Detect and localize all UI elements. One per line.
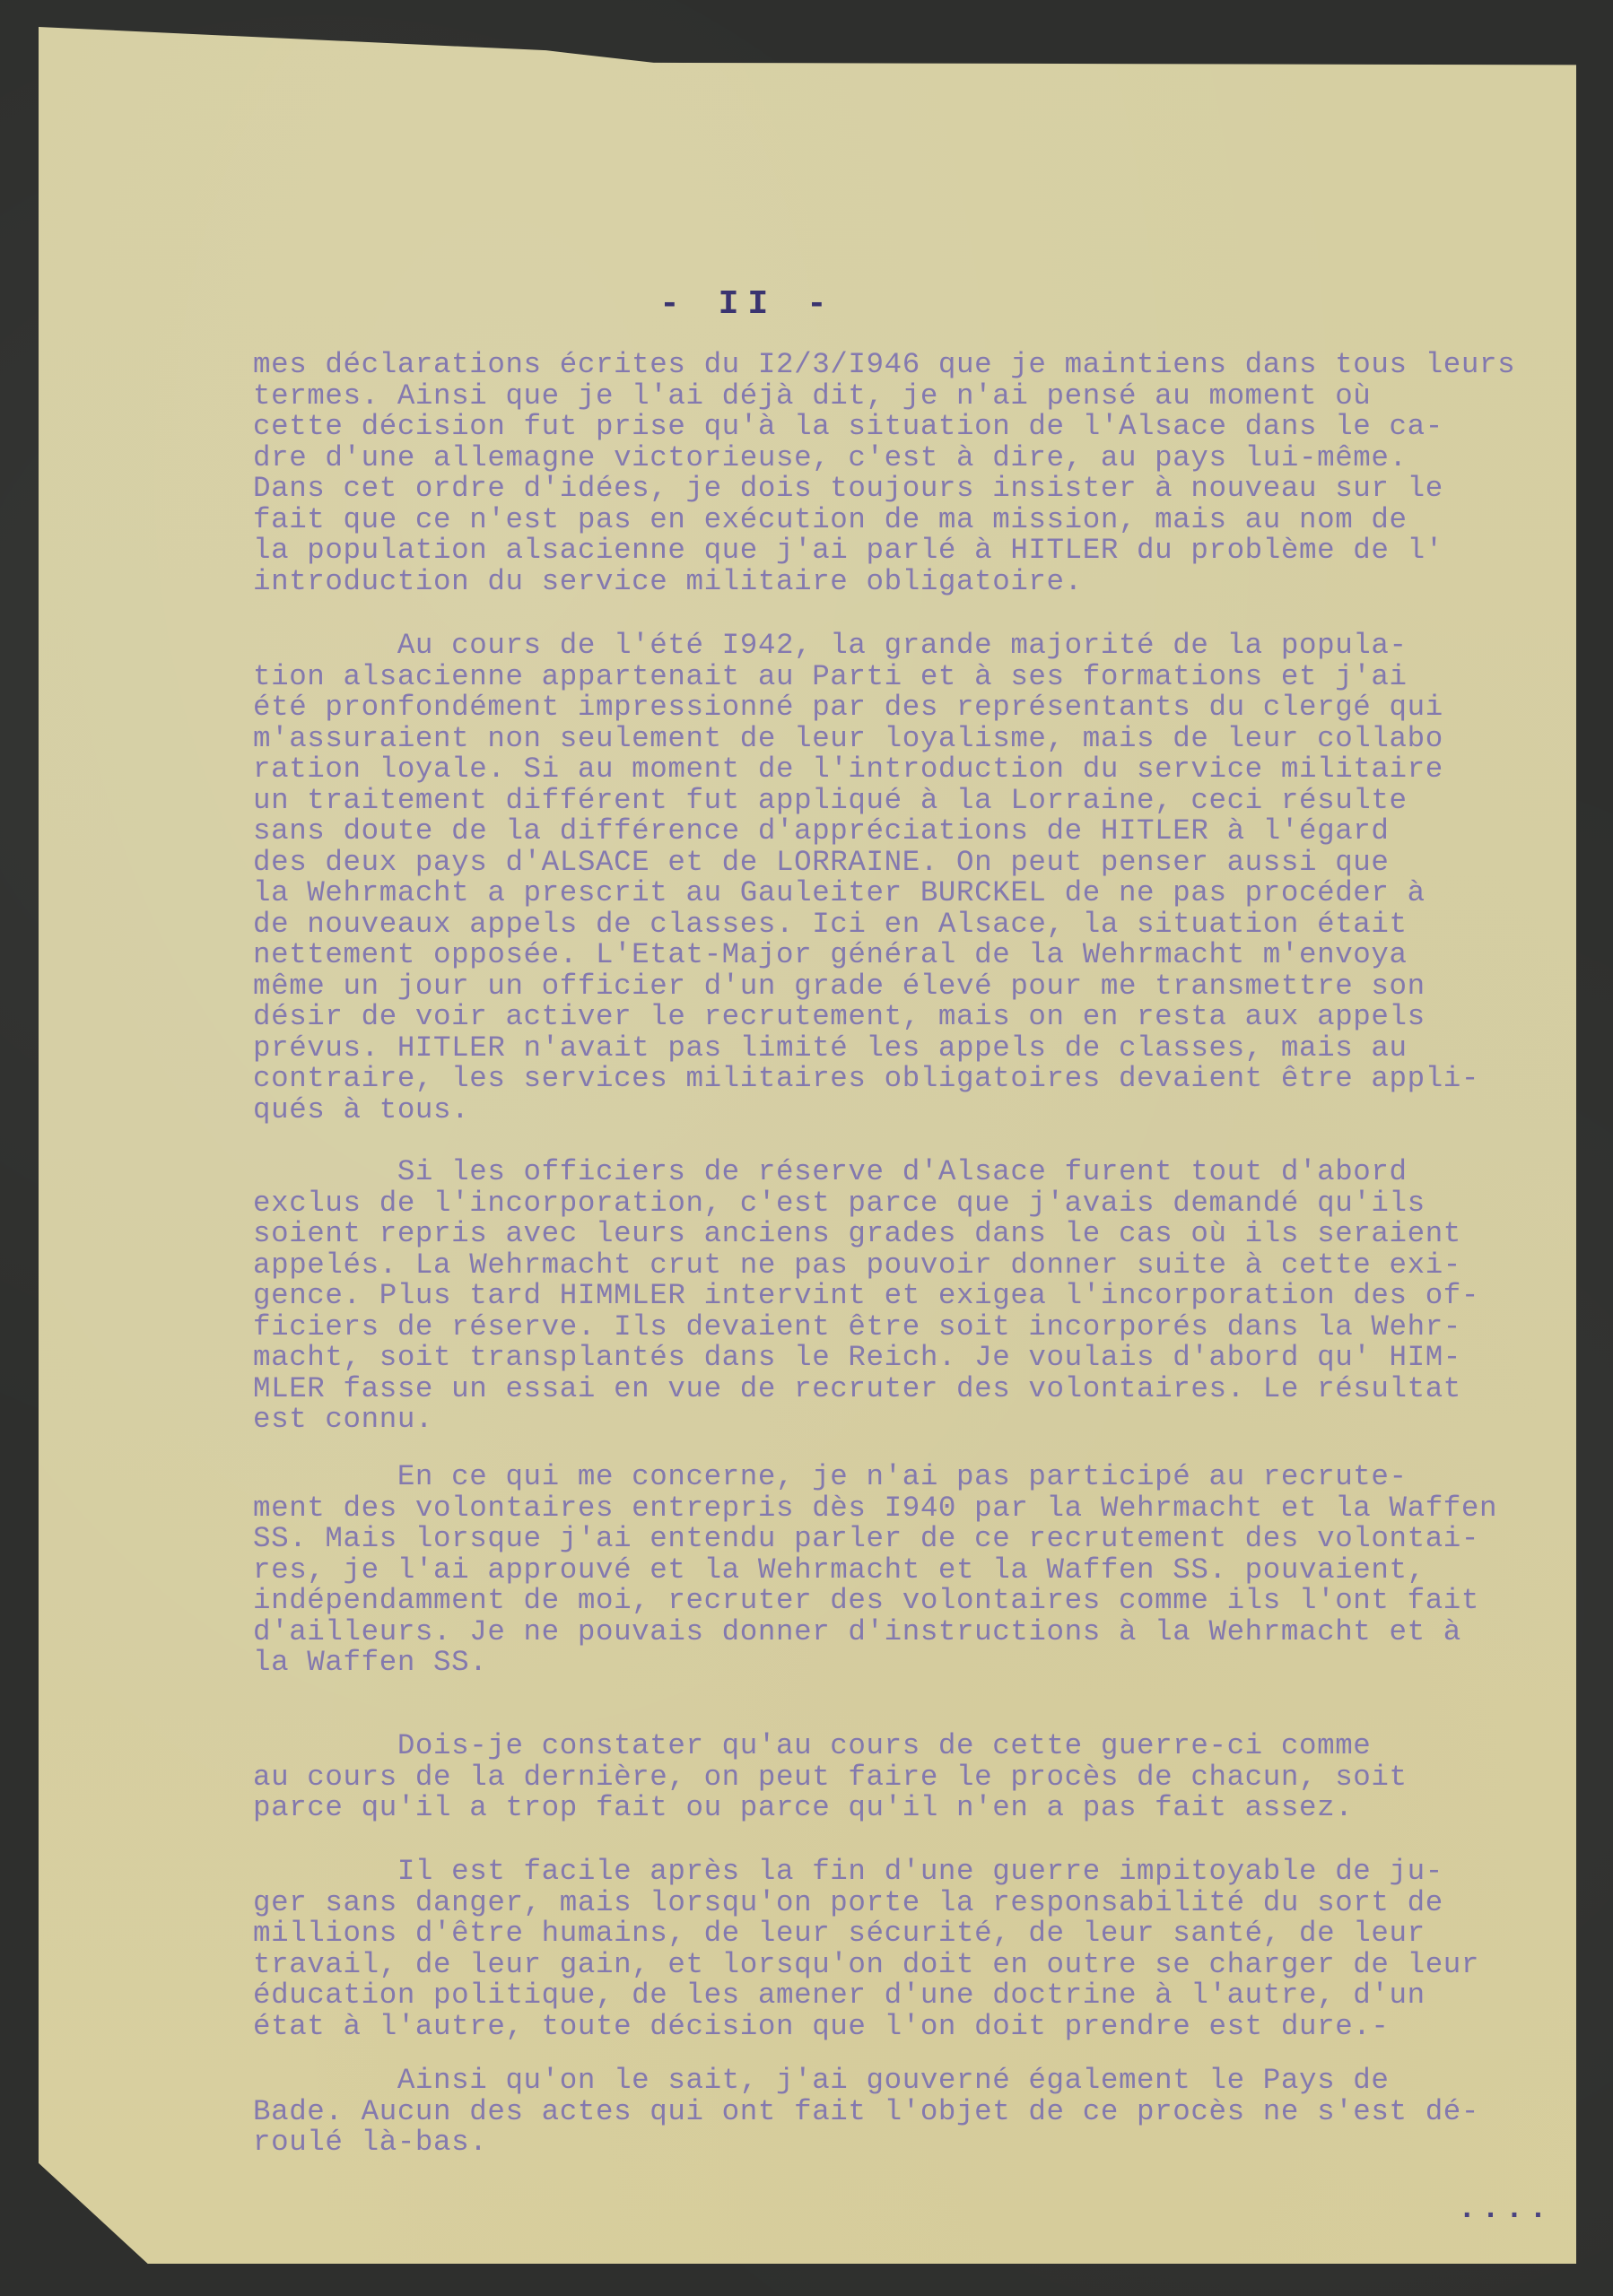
text-line: travail, de leur gain, et lorsqu'on doit… [253,1950,1563,1981]
text-line: MLER fasse un essai en vue de recruter d… [253,1374,1563,1405]
text-line: soient repris avec leurs anciens grades … [253,1219,1563,1250]
text-line: mes déclarations écrites du I2/3/I946 qu… [253,350,1563,381]
paragraph-p4: Dois-je constater qu'au cours de cette g… [253,1731,1563,1824]
text-line: été pronfondément impressionné par des r… [253,692,1563,724]
text-line: Dois-je constater qu'au cours de cette g… [253,1731,1563,1762]
paragraph-p5: Il est facile après la fin d'une guerre … [253,1857,1563,2042]
text-line: ment des volontaires entrepris dès I940 … [253,1493,1563,1525]
text-line: qués à tous. [253,1095,1563,1126]
text-line: termes. Ainsi que je l'ai déjà dit, je n… [253,381,1563,413]
text-line: En ce qui me concerne, je n'ai pas parti… [253,1462,1563,1493]
paragraph-p1: Au cours de l'été I942, la grande majori… [253,631,1563,1126]
text-line: ration loyale. Si au moment de l'introdu… [253,754,1563,786]
text-line: tion alsacienne appartenait au Parti et … [253,662,1563,693]
continuation-marker: .... [1458,2193,1553,2227]
text-line: exclus de l'incorporation, c'est parce q… [253,1188,1563,1220]
text-line: la population alsacienne que j'ai parlé … [253,535,1563,567]
paragraph-p6: Ainsi qu'on le sait, j'ai gouverné égale… [253,2066,1563,2159]
paragraph-p2: Si les officiers de réserve d'Alsace fur… [253,1157,1563,1436]
text-line: res, je l'ai approuvé et la Wehrmacht et… [253,1555,1563,1587]
text-line: un traitement différent fut appliqué à l… [253,786,1563,817]
text-line: ger sans danger, mais lorsqu'on porte la… [253,1888,1563,1919]
text-line: Dans cet ordre d'idées, je dois toujours… [253,474,1563,505]
text-line: sans doute de la différence d'appréciati… [253,816,1563,848]
text-line: appelés. La Wehrmacht crut ne pas pouvoi… [253,1250,1563,1282]
text-line: roulé là-bas. [253,2127,1563,2159]
text-line: macht, soit transplantés dans le Reich. … [253,1343,1563,1374]
text-line: même un jour un officier d'un grade élev… [253,971,1563,1003]
text-line: ficiers de réserve. Ils devaient être so… [253,1312,1563,1344]
text-line: contraire, les services militaires oblig… [253,1064,1563,1095]
text-line: fait que ce n'est pas en exécution de ma… [253,505,1563,536]
text-line: gence. Plus tard HIMMLER intervint et ex… [253,1281,1563,1312]
text-line: est connu. [253,1405,1563,1436]
text-line: état à l'autre, toute décision que l'on … [253,2012,1563,2043]
text-line: Il est facile après la fin d'une guerre … [253,1857,1563,1888]
text-line: désir de voir activer le recrutement, ma… [253,1002,1563,1033]
text-line: indépendamment de moi, recruter des volo… [253,1586,1563,1617]
text-line: au cours de la dernière, on peut faire l… [253,1762,1563,1794]
text-line: Si les officiers de réserve d'Alsace fur… [253,1157,1563,1188]
paragraph-p0: mes déclarations écrites du I2/3/I946 qu… [253,350,1563,597]
text-line: des deux pays d'ALSACE et de LORRAINE. O… [253,848,1563,879]
text-line: millions d'être humains, de leur sécurit… [253,1918,1563,1950]
text-line: m'assuraient non seulement de leur loyal… [253,724,1563,755]
text-line: la Waffen SS. [253,1648,1563,1679]
text-line: Bade. Aucun des actes qui ont fait l'obj… [253,2097,1563,2128]
text-line: introduction du service militaire obliga… [253,567,1563,598]
text-line: parce qu'il a trop fait ou parce qu'il n… [253,1793,1563,1824]
text-line: dre d'une allemagne victorieuse, c'est à… [253,443,1563,474]
paragraph-p3: En ce qui me concerne, je n'ai pas parti… [253,1462,1563,1679]
text-line: cette décision fut prise qu'à la situati… [253,412,1563,443]
text-line: SS. Mais lorsque j'ai entendu parler de … [253,1524,1563,1555]
text-line: prévus. HITLER n'avait pas limité les ap… [253,1033,1563,1065]
text-line: d'ailleurs. Je ne pouvais donner d'instr… [253,1617,1563,1648]
page-number: - II - [659,285,836,324]
text-line: nettement opposée. L'Etat-Major général … [253,940,1563,971]
text-line: la Wehrmacht a prescrit au Gauleiter BUR… [253,878,1563,909]
text-line: de nouveaux appels de classes. Ici en Al… [253,909,1563,941]
text-line: Ainsi qu'on le sait, j'ai gouverné égale… [253,2066,1563,2097]
text-line: Au cours de l'été I942, la grande majori… [253,631,1563,662]
text-line: éducation politique, de les amener d'une… [253,1980,1563,2012]
